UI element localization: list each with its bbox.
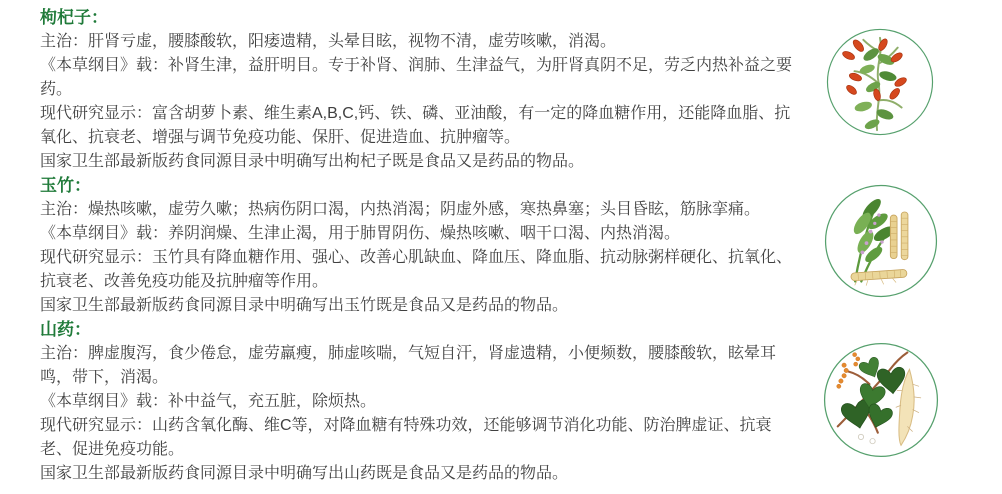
text-line: 药。	[40, 78, 822, 102]
text-line: 国家卫生部最新版药食同源目录中明确写出枸杞子既是食品又是药品的物品。	[40, 150, 822, 174]
illustration-circle-border	[825, 344, 938, 457]
herb-text-column: 枸杞子： 主治：肝肾亏虚，腰膝酸软，阳痿遗精，头晕目眩，视物不清，虚劳咳嗽，消渴…	[40, 6, 822, 486]
text-line: 主治：肝肾亏虚，腰膝酸软，阳痿遗精，头晕目眩，视物不清，虚劳咳嗽，消渴。	[40, 30, 822, 54]
text-line: 《本草纲目》载：养阴润燥、生津止渴，用于肺胃阴伤、燥热咳嗽、咽干口渴、内热消渴。	[40, 222, 822, 246]
text-line: 现代研究显示：富含胡萝卜素、维生素A,B,C,钙、铁、磷、亚油酸，有一定的降血糖…	[40, 102, 822, 126]
text-line: 鸣，带下，消渴。	[40, 366, 822, 390]
herb-reference-page: { "colors": { "heading_green": "#1f7a39"…	[0, 0, 1002, 494]
text-line: 《本草纲目》载：补中益气，充五脏，除烦热。	[40, 390, 822, 414]
text-line: 国家卫生部最新版药食同源目录中明确写出玉竹既是食品又是药品的物品。	[40, 294, 822, 318]
text-line: 抗衰老、改善免疫功能及抗肿瘤等作用。	[40, 270, 822, 294]
herb-title-shanyao: 山药：	[40, 318, 822, 342]
herb-section-yuzhu: 玉竹： 主治：燥热咳嗽，虚劳久嗽；热病伤阴口渴，内热消渴；阴虚外感，寒热鼻塞；头…	[40, 174, 822, 318]
text-line: 现代研究显示：山药含氧化酶、维C等，对降血糖有特殊功效，还能够调节消化功能、防治…	[40, 414, 822, 438]
text-line: 现代研究显示：玉竹具有降血糖作用、强心、改善心肌缺血、降血压、降血脂、抗动脉粥样…	[40, 246, 822, 270]
yam-vine-root-illustration	[823, 342, 939, 458]
text-line: 《本草纲目》载：补肾生津，益肝明目。专于补肾、润肺、生津益气，为肝肾真阴不足，劳…	[40, 54, 822, 78]
text-line: 主治：燥热咳嗽，虚劳久嗽；热病伤阴口渴，内热消渴；阴虚外感，寒热鼻塞；头目昏眩，…	[40, 198, 822, 222]
herb-section-shanyao: 山药： 主治：脾虚腹泻，食少倦怠，虚劳羸瘦，肺虚咳喘，气短自汗，肾虚遗精，小便频…	[40, 318, 822, 486]
herb-title-gouqizi: 枸杞子：	[40, 6, 822, 30]
text-line: 国家卫生部最新版药食同源目录中明确写出山药既是食品又是药品的物品。	[40, 462, 822, 486]
text-line: 氧化、抗衰老、增强与调节免疫功能、保肝、促进造血、抗肿瘤等。	[40, 126, 822, 150]
herb-title-yuzhu: 玉竹：	[40, 174, 822, 198]
text-line: 老、促进免疫功能。	[40, 438, 822, 462]
herb-section-gouqizi: 枸杞子： 主治：肝肾亏虚，腰膝酸软，阳痿遗精，头晕目眩，视物不清，虚劳咳嗽，消渴…	[40, 6, 822, 174]
text-line: 主治：脾虚腹泻，食少倦怠，虚劳羸瘦，肺虚咳喘，气短自汗，肾虚遗精，小便频数，腰膝…	[40, 342, 822, 366]
yuzhu-plant-rhizome-illustration	[824, 184, 938, 298]
goji-berry-branch-illustration	[826, 28, 934, 136]
